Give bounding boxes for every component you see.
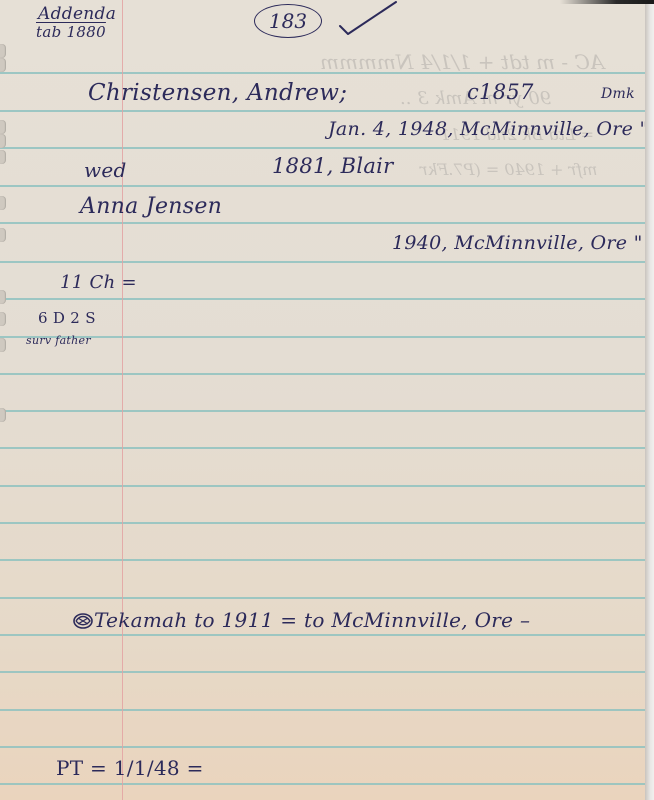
ruled-line — [0, 373, 645, 375]
ruled-line — [0, 185, 645, 187]
children-count: 11 Ch = — [60, 272, 137, 293]
ruled-line — [0, 110, 645, 112]
notebook-page: AC - m tdt + 1/1/4 Nmmmm 90 yr m Amk 3 .… — [0, 0, 645, 800]
margin-line — [122, 0, 123, 800]
page-number-circle: 183 — [254, 4, 322, 38]
binding-hole — [0, 134, 6, 148]
ruled-line — [0, 559, 645, 561]
page-edge — [645, 0, 654, 800]
footer-note: PT = 1/1/48 = — [56, 756, 204, 780]
binding-hole — [0, 150, 6, 164]
person-name: Christensen, Andrew; — [88, 80, 347, 106]
ruled-line — [0, 634, 645, 636]
ruled-line — [0, 522, 645, 524]
binding-hole — [0, 196, 6, 210]
ruled-line — [0, 410, 645, 412]
ruled-line — [0, 147, 645, 149]
bleed-through-text: AC - m tdt + 1/1/4 Nmmmm — [320, 50, 604, 74]
married-label: wed — [84, 158, 127, 182]
binding-hole — [0, 290, 6, 304]
bleed-through-text: mfr + 1940 = (P7.Fkr — [420, 160, 597, 179]
binding-hole — [0, 58, 6, 72]
ruled-line — [0, 336, 645, 338]
scribble-icon — [72, 612, 94, 630]
ruled-line — [0, 222, 645, 224]
binding-hole — [0, 312, 6, 326]
scan-shadow — [560, 0, 654, 4]
ruled-line — [0, 447, 645, 449]
binding-hole — [0, 228, 6, 242]
birth-place: Dmk — [601, 86, 635, 102]
children-detail: 6 D 2 S — [38, 309, 96, 327]
ruled-line — [0, 298, 645, 300]
addenda-note: Addenda — [38, 4, 116, 24]
marriage-record: 1881, Blair — [272, 154, 394, 178]
ruled-line — [0, 671, 645, 673]
checkmark-icon — [338, 0, 400, 38]
ruled-line — [0, 746, 645, 748]
birth-year: c1857 — [467, 80, 534, 104]
death-record: Jan. 4, 1948, McMinnville, Ore " — [328, 118, 645, 140]
ruled-line — [0, 597, 645, 599]
residence-record: Tekamah to 1911 = to McMinnville, Ore – — [94, 608, 530, 632]
spouse-death-record: 1940, McMinnville, Ore " — [392, 232, 643, 254]
binding-hole — [0, 44, 6, 58]
spouse-name: Anna Jensen — [80, 194, 222, 219]
ruled-line — [0, 783, 645, 785]
page-number: 183 — [269, 9, 307, 33]
ruled-line — [0, 261, 645, 263]
ruled-line — [0, 485, 645, 487]
tab-year-note: tab 1880 — [36, 23, 106, 41]
children-note: surv father — [26, 334, 91, 347]
ruled-line — [0, 709, 645, 711]
binding-hole — [0, 120, 6, 134]
binding-hole — [0, 408, 6, 422]
binding-hole — [0, 338, 6, 352]
